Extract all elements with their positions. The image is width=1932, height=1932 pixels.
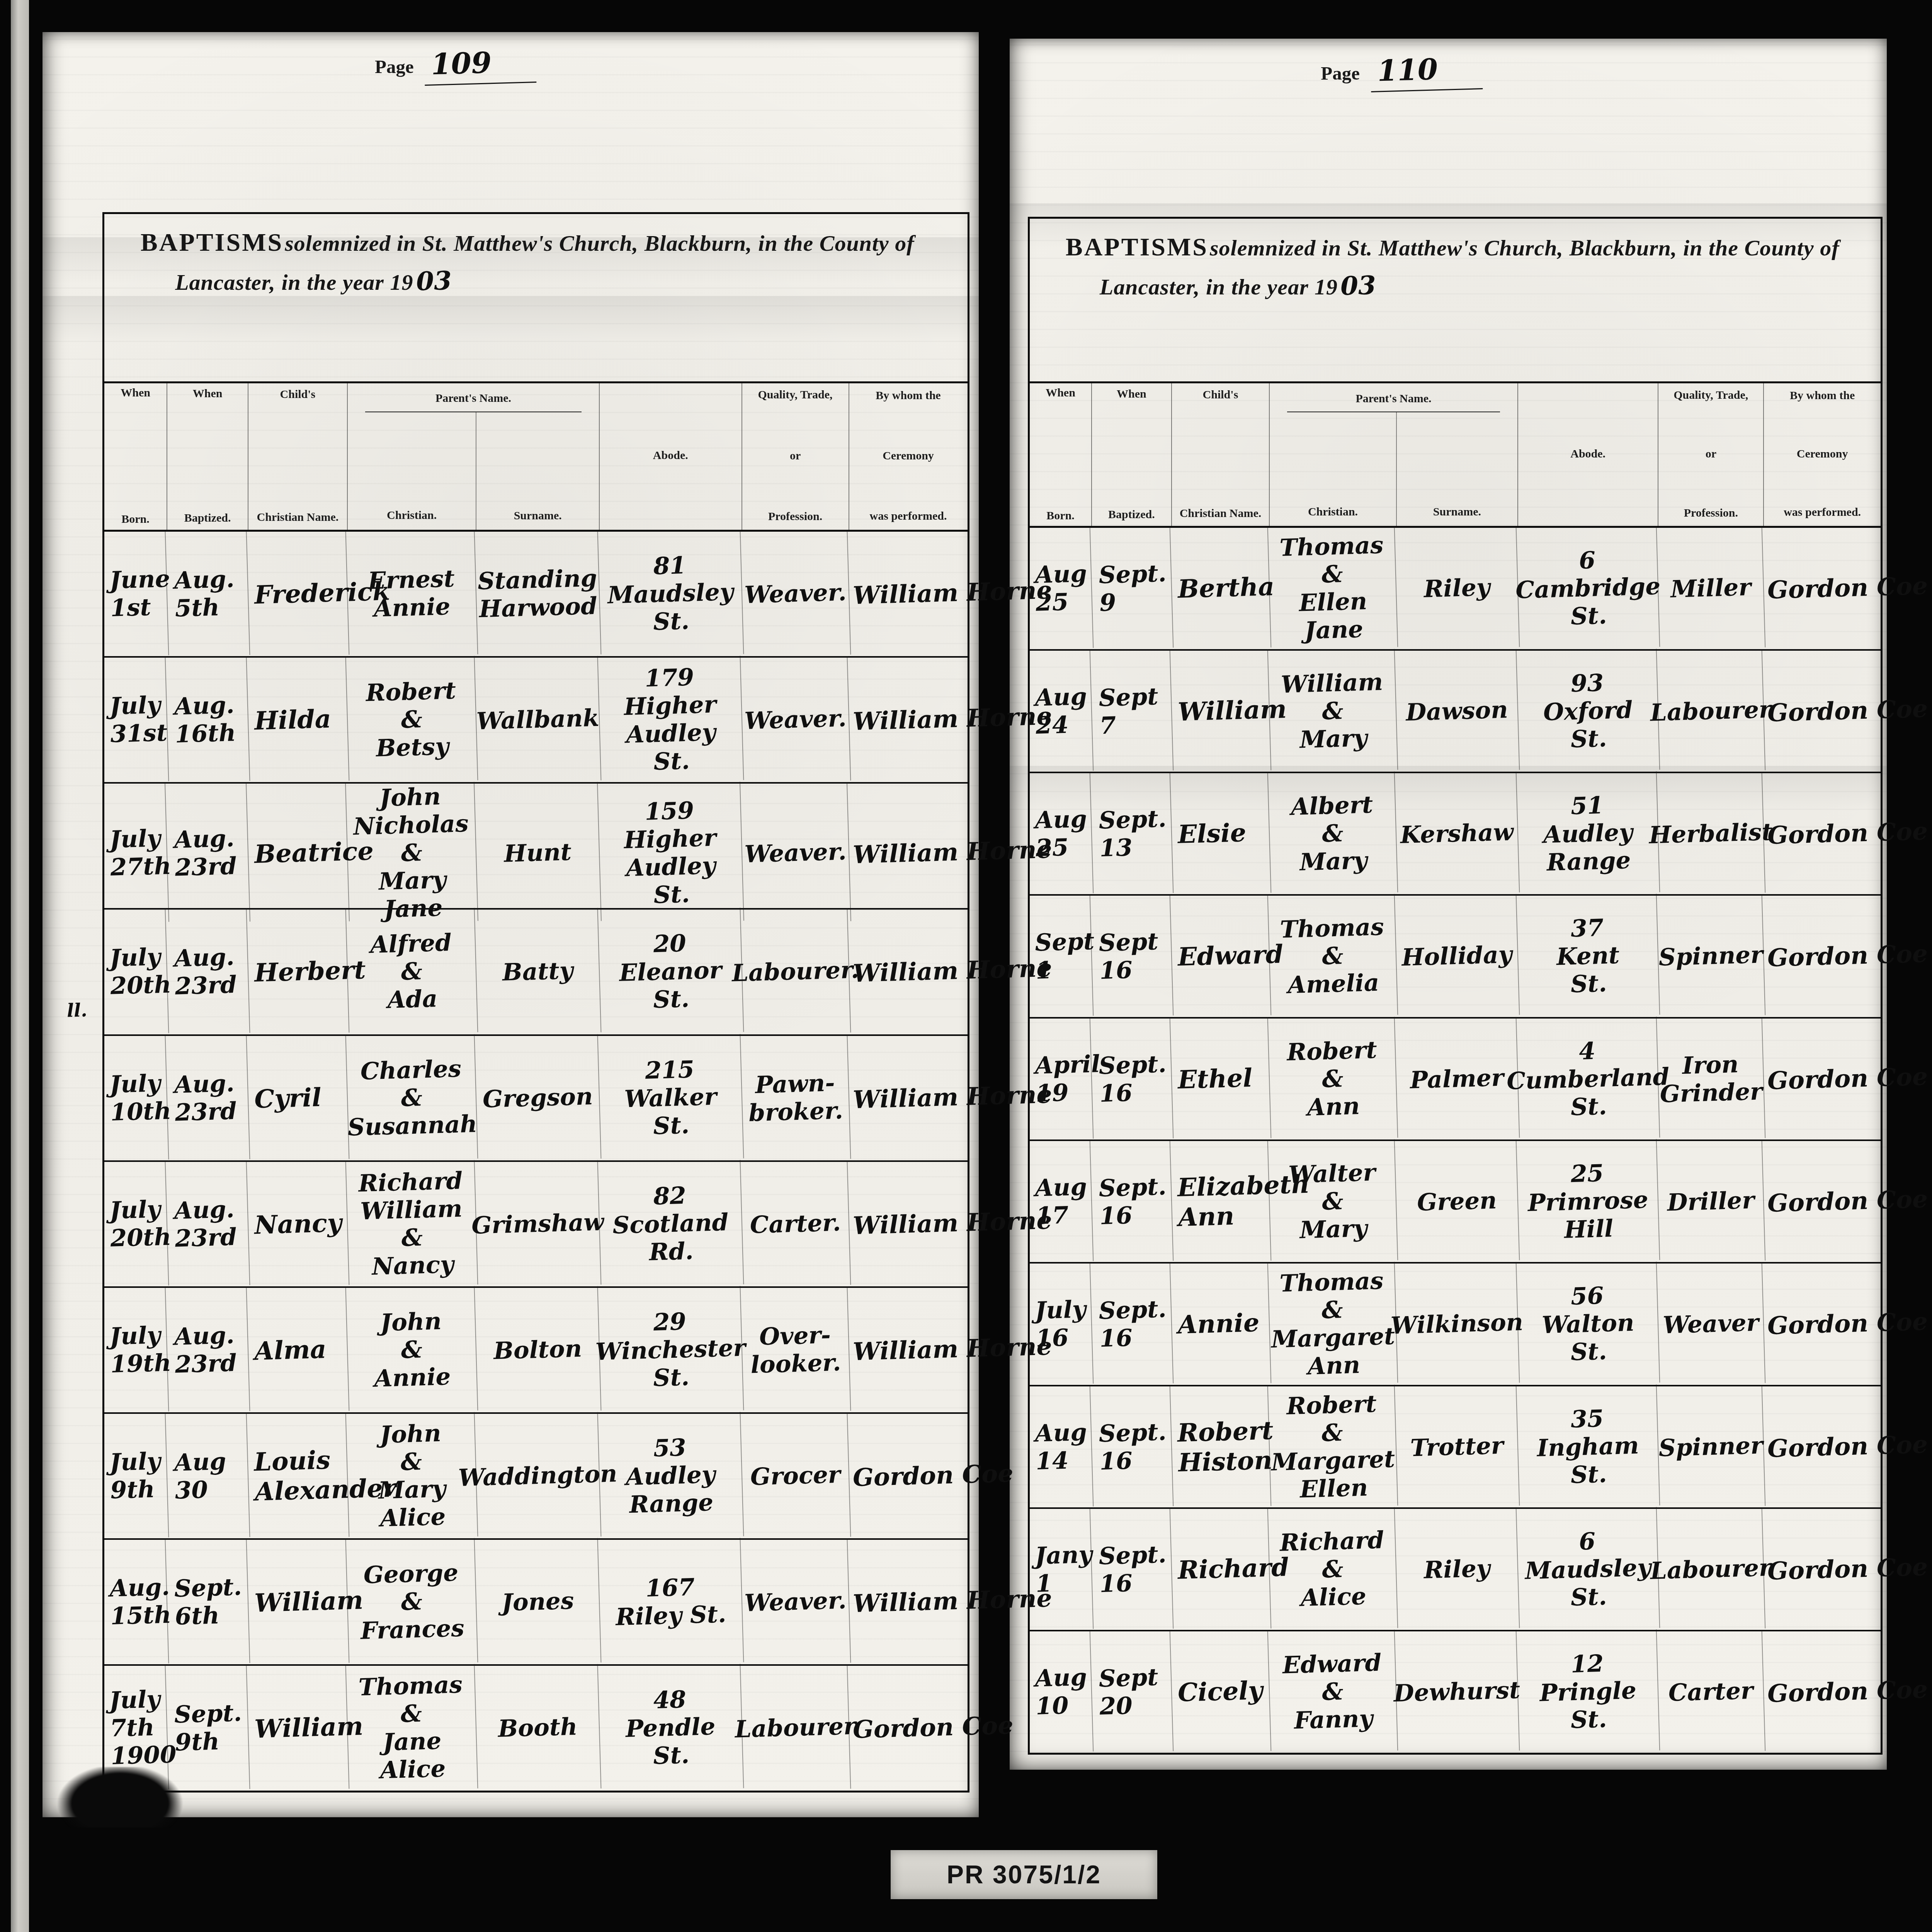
cell-child-name: Elsie bbox=[1170, 772, 1272, 896]
col-label: or bbox=[744, 449, 846, 463]
cell-when-born: Aug 10 bbox=[1028, 1631, 1094, 1753]
cell-parent-surname: Gregson bbox=[474, 1034, 601, 1162]
cell-profession: Weaver. bbox=[740, 656, 851, 784]
register-rows: Aug 25 Sept. 9 Bertha Thomas & Ellen Jan… bbox=[1030, 528, 1881, 1752]
cell-parent-surname: Jones bbox=[474, 1538, 601, 1666]
cell-child-name: Frederick bbox=[247, 530, 350, 657]
register-row: Aug 25 Sept. 9 Bertha Thomas & Ellen Jan… bbox=[1030, 528, 1881, 649]
cell-when-baptized: Sept. 16 bbox=[1090, 1263, 1174, 1386]
column-headers: When Born. When Baptized. Child's Christ… bbox=[104, 383, 968, 532]
cell-profession: Weaver. bbox=[740, 530, 851, 658]
cell-abode: 81 Maudsley St. bbox=[598, 530, 744, 658]
col-parent-surname: Surname. bbox=[1396, 412, 1517, 526]
cell-when-baptized: Aug. 23rd bbox=[166, 909, 250, 1036]
title-line2-text: Lancaster, in the year 19 bbox=[1100, 274, 1338, 299]
title-rest: solemnized in St. Matthew's Church, Blac… bbox=[1210, 235, 1839, 260]
col-label: Profession. bbox=[1661, 507, 1761, 520]
cell-abode: 6 Cambridge St. bbox=[1517, 526, 1660, 651]
cell-parent-surname: Wilkinson bbox=[1395, 1262, 1520, 1386]
scan-blot bbox=[56, 1767, 216, 1828]
cell-parent-surname: Grimshaw bbox=[474, 1160, 601, 1288]
col-label: Child's bbox=[250, 388, 345, 401]
cell-parent-christian: Richard & Alice bbox=[1268, 1507, 1398, 1632]
cell-parent-surname: Green bbox=[1395, 1139, 1520, 1264]
register-rows: June 1st Aug. 5th Frederick Ernest Annie… bbox=[104, 532, 968, 1791]
parents-name-label: Parent's Name. bbox=[348, 383, 599, 405]
col-label: was performed. bbox=[1766, 506, 1878, 519]
table-title: BAPTISMS solemnized in St. Matthew's Chu… bbox=[1030, 219, 1881, 383]
cell-abode: 20 Eleanor St. bbox=[598, 908, 744, 1036]
col-label: Born. bbox=[105, 513, 165, 526]
cell-parent-christian: John Nicholas & Mary Jane bbox=[346, 782, 478, 925]
page-number: 110 bbox=[1370, 51, 1483, 92]
column-headers: When Born. When Baptized. Child's Christ… bbox=[1030, 383, 1881, 528]
cell-minister: Gordon Coe bbox=[1762, 526, 1882, 651]
cell-profession: Pawn-broker. bbox=[740, 1034, 851, 1162]
cell-when-baptized: Sept 20 bbox=[1090, 1631, 1174, 1754]
cell-parent-christian: Thomas & Ellen Jane bbox=[1268, 526, 1398, 651]
cell-parent-surname: Dewhurst bbox=[1395, 1630, 1520, 1754]
cell-parent-christian: Richard William & Nancy bbox=[346, 1160, 478, 1288]
cell-profession: Labourer bbox=[1657, 1507, 1766, 1631]
cell-when-baptized: Sept 7 bbox=[1090, 650, 1174, 773]
cell-when-baptized: Sept. 16 bbox=[1090, 1385, 1174, 1509]
cell-when-born: Aug 17 bbox=[1028, 1140, 1094, 1263]
cell-child-name: William bbox=[1170, 649, 1272, 773]
cell-abode: 6 Maudsley St. bbox=[1517, 1507, 1660, 1632]
cell-child-name: William bbox=[247, 1665, 350, 1792]
cell-when-born: July 20th bbox=[103, 1161, 169, 1287]
col-label: When bbox=[169, 387, 246, 400]
cell-parent-surname: Hunt bbox=[474, 782, 602, 925]
col-childs-name: Child's Christian Name. bbox=[1172, 383, 1270, 526]
cell-profession: Labourer bbox=[740, 1665, 851, 1792]
register-row: July 31st Aug. 16th Hilda Robert & Betsy… bbox=[104, 656, 968, 782]
cell-abode: 12 Pringle St. bbox=[1517, 1629, 1660, 1754]
col-when-born: When Born. bbox=[104, 383, 167, 530]
cell-parent-christian: Ernest Annie bbox=[346, 530, 478, 658]
cell-when-baptized: Sept. 16 bbox=[1090, 1017, 1174, 1141]
parents-subcolumns: Christian. Surname. bbox=[1270, 412, 1517, 526]
cell-minister: William Horne bbox=[847, 1160, 969, 1288]
col-label: Abode. bbox=[1521, 447, 1655, 461]
cell-abode: 179 Higher Audley St. bbox=[598, 656, 744, 784]
col-bywhom: By whom the Ceremony was performed. bbox=[1764, 383, 1881, 526]
cell-when-baptized: Aug. 5th bbox=[166, 531, 250, 657]
cell-when-born: April 19 bbox=[1028, 1018, 1094, 1141]
cell-when-baptized: Aug. 16th bbox=[166, 656, 250, 783]
register-page-110: Page 110 BAPTISMS solemnized in St. Matt… bbox=[1010, 39, 1887, 1770]
cell-minister: Gordon Coe bbox=[1762, 1139, 1882, 1264]
cell-profession: Carter. bbox=[740, 1160, 851, 1288]
cell-when-baptized: Sept 16 bbox=[1090, 895, 1174, 1018]
cell-child-name: Cicely bbox=[1170, 1630, 1272, 1754]
parents-subcolumns: Christian. Surname. bbox=[348, 412, 599, 530]
col-label: Baptized. bbox=[1094, 508, 1170, 521]
cell-child-name: Herbert bbox=[247, 908, 350, 1036]
cell-child-name: Cyril bbox=[247, 1034, 350, 1162]
register-row: July 7th 1900 Sept. 9th William Thomas &… bbox=[104, 1664, 968, 1790]
col-parents-name: Parent's Name. Christian. Surname. bbox=[348, 383, 600, 530]
register-row: Aug 25 Sept. 13 Elsie Albert & Mary Kers… bbox=[1030, 772, 1881, 894]
cell-child-name: Hilda bbox=[247, 656, 350, 784]
col-when-baptized: When Baptized. bbox=[1092, 383, 1172, 526]
cell-when-born: June 1st bbox=[103, 531, 169, 657]
cell-when-born: July 27th bbox=[102, 783, 169, 923]
cell-profession: Labourer. bbox=[740, 908, 851, 1036]
cell-when-born: Aug 25 bbox=[1028, 772, 1094, 895]
col-label: Ceremony bbox=[1766, 447, 1878, 461]
col-label: When bbox=[1031, 386, 1090, 400]
cell-minister: William Horne bbox=[847, 1034, 969, 1162]
cell-parent-christian: Edward & Fanny bbox=[1268, 1630, 1398, 1754]
cell-when-baptized: Aug. 23rd bbox=[166, 1161, 250, 1287]
register-row: July 9th Aug 30 Louis Alexander John & M… bbox=[104, 1412, 968, 1538]
cell-minister: William Horne bbox=[847, 1538, 969, 1666]
title-word: BAPTISMS bbox=[1066, 233, 1208, 261]
cell-parent-christian: George & Frances bbox=[346, 1538, 478, 1666]
title-line-1: BAPTISMS solemnized in St. Matthew's Chu… bbox=[104, 214, 968, 257]
cell-minister: William Horne bbox=[847, 530, 969, 658]
cell-parent-christian: Walter & Mary bbox=[1268, 1139, 1398, 1264]
cell-profession: Labourer bbox=[1657, 649, 1766, 773]
cell-child-name: Elizabeth Ann bbox=[1170, 1140, 1272, 1264]
cell-when-baptized: Sept. 16 bbox=[1090, 1508, 1174, 1631]
cell-abode: 25 Primrose Hill bbox=[1517, 1139, 1660, 1264]
cell-parent-surname: Standing Harwood bbox=[474, 530, 601, 658]
col-parent-surname: Surname. bbox=[476, 412, 599, 530]
cell-profession: Spinner bbox=[1657, 1385, 1766, 1509]
register-row: Sept 1 Sept 16 Edward Thomas & Amelia Ho… bbox=[1030, 894, 1881, 1017]
cell-profession: Over-looker. bbox=[740, 1286, 851, 1414]
cell-parent-christian: Thomas & Margaret Ann bbox=[1268, 1262, 1398, 1386]
register-row: Aug. 15th Sept. 6th William George & Fra… bbox=[104, 1538, 968, 1664]
cell-minister: Gordon Coe bbox=[1762, 649, 1882, 774]
register-row: Aug 24 Sept 7 William William & Mary Daw… bbox=[1030, 649, 1881, 772]
cell-abode: 48 Pendle St. bbox=[598, 1664, 744, 1792]
cell-abode: 82 Scotland Rd. bbox=[598, 1160, 744, 1288]
cell-when-baptized: Sept. 13 bbox=[1090, 772, 1174, 895]
cell-when-born: July 9th bbox=[103, 1413, 169, 1539]
register-row: July 10th Aug. 23rd Cyril Charles & Susa… bbox=[104, 1034, 968, 1160]
cell-when-baptized: Aug 30 bbox=[166, 1413, 250, 1539]
title-word: BAPTISMS bbox=[141, 228, 283, 257]
cell-when-baptized: Aug. 23rd bbox=[166, 1287, 250, 1413]
page-label: Page bbox=[1321, 62, 1360, 84]
cell-when-baptized: Aug. 23rd bbox=[165, 782, 250, 924]
page-number: 109 bbox=[424, 44, 537, 86]
cell-abode: 93 Oxford St. bbox=[1517, 649, 1660, 774]
col-label: Quality, Trade, bbox=[744, 388, 846, 401]
col-when-born: When Born. bbox=[1030, 383, 1092, 526]
col-label: Quality, Trade, bbox=[1661, 389, 1761, 402]
cell-profession: Weaver. bbox=[740, 782, 851, 924]
col-label: Ceremony bbox=[852, 449, 965, 463]
cell-parent-christian: Alfred & Ada bbox=[346, 908, 478, 1036]
col-label: Baptized. bbox=[169, 512, 246, 525]
page-number-heading: Page 109 bbox=[375, 46, 536, 84]
cell-child-name: Edward bbox=[1170, 895, 1272, 1018]
cell-profession: Miller bbox=[1657, 527, 1766, 651]
margin-annotation: ll. bbox=[66, 999, 87, 1021]
cell-parent-surname: Riley bbox=[1395, 526, 1520, 651]
col-label: Christian Name. bbox=[250, 511, 345, 524]
cell-parent-surname: Booth bbox=[474, 1664, 601, 1792]
cell-when-born: July 20th bbox=[103, 909, 169, 1035]
cell-profession: Weaver. bbox=[740, 1538, 851, 1666]
col-parent-christian: Christian. bbox=[348, 412, 476, 530]
register-row: July 20th Aug. 23rd Herbert Alfred & Ada… bbox=[104, 908, 968, 1034]
cell-minister: Gordon Coe bbox=[1762, 772, 1882, 896]
col-quality: Quality, Trade, or Profession. bbox=[1658, 383, 1764, 526]
cell-parent-surname: Waddington bbox=[474, 1412, 601, 1540]
cell-minister: Gordon Coe bbox=[1762, 1507, 1882, 1632]
baptism-table-109: BAPTISMS solemnized in St. Matthew's Chu… bbox=[102, 212, 969, 1792]
cell-when-born: July 10th bbox=[103, 1035, 169, 1161]
title-line-2: Lancaster, in the year 1903 bbox=[104, 257, 968, 296]
cell-parent-surname: Holliday bbox=[1395, 894, 1520, 1019]
register-row: July 19th Aug. 23rd Alma John & Annie Bo… bbox=[104, 1286, 968, 1412]
register-row: July 27th Aug. 23rd Beatrice John Nichol… bbox=[104, 782, 968, 908]
col-childs-name: Child's Christian Name. bbox=[248, 383, 348, 530]
col-label: By whom the bbox=[852, 389, 965, 402]
title-line-1: BAPTISMS solemnized in St. Matthew's Chu… bbox=[1030, 219, 1881, 262]
scanned-register-spread: Page 109 ll. BAPTISMS solemnized in St. … bbox=[0, 0, 1932, 1932]
register-row: July 20th Aug. 23rd Nancy Richard Willia… bbox=[104, 1160, 968, 1286]
col-label: was performed. bbox=[852, 510, 965, 523]
cell-when-born: Aug 14 bbox=[1028, 1386, 1094, 1509]
col-quality: Quality, Trade, or Profession. bbox=[742, 383, 849, 530]
register-row: Aug 14 Sept. 16 Robert Histon Robert & M… bbox=[1030, 1385, 1881, 1507]
cell-when-baptized: Sept. 16 bbox=[1090, 1140, 1174, 1263]
table-title: BAPTISMS solemnized in St. Matthew's Chu… bbox=[104, 214, 968, 383]
col-label: Profession. bbox=[744, 510, 846, 523]
cell-parent-christian: Charles & Susannah bbox=[346, 1034, 478, 1162]
cell-parent-surname: Batty bbox=[474, 908, 601, 1036]
col-bywhom: By whom the Ceremony was performed. bbox=[849, 383, 968, 530]
col-abode: Abode. bbox=[600, 383, 742, 530]
title-line2-text: Lancaster, in the year 19 bbox=[175, 270, 413, 295]
cell-parent-surname: Riley bbox=[1395, 1507, 1520, 1632]
cell-minister: William Horne bbox=[847, 656, 969, 784]
col-label: Born. bbox=[1031, 509, 1090, 522]
cell-abode: 37 Kent St. bbox=[1517, 894, 1660, 1019]
scan-edge-strip bbox=[11, 0, 29, 1932]
cell-child-name: Beatrice bbox=[247, 782, 350, 924]
archive-reference-label: PR 3075/1/2 bbox=[891, 1850, 1157, 1900]
cell-abode: 35 Ingham St. bbox=[1517, 1384, 1660, 1509]
page-label: Page bbox=[375, 56, 414, 78]
cell-minister: William Horne bbox=[847, 1286, 969, 1414]
page-number-heading: Page 110 bbox=[1321, 53, 1482, 91]
col-label: By whom the bbox=[1766, 389, 1878, 402]
cell-when-baptized: Aug. 23rd bbox=[166, 1035, 250, 1162]
cell-abode: 159 Higher Audley St. bbox=[598, 782, 744, 925]
cell-parent-christian: Thomas & Jane Alice bbox=[346, 1664, 478, 1792]
cell-parent-surname: Kershaw bbox=[1395, 772, 1520, 896]
cell-profession: Spinner bbox=[1657, 895, 1766, 1019]
cell-parent-christian: William & Mary bbox=[1268, 649, 1398, 773]
cell-minister: Gordon Coe bbox=[1762, 1385, 1882, 1509]
cell-abode: 4 Cumberland St. bbox=[1517, 1017, 1660, 1141]
cell-abode: 167 Riley St. bbox=[598, 1538, 744, 1666]
col-label: When bbox=[105, 386, 165, 400]
register-row: June 1st Aug. 5th Frederick Ernest Annie… bbox=[104, 532, 968, 656]
cell-child-name: William bbox=[247, 1539, 350, 1666]
cell-profession: Carter bbox=[1657, 1630, 1766, 1754]
col-parents-name: Parent's Name. Christian. Surname. bbox=[1270, 383, 1518, 526]
cell-parent-christian: Thomas & Amelia bbox=[1268, 894, 1398, 1019]
col-label: Abode. bbox=[602, 449, 738, 462]
cell-when-born: July 19th bbox=[103, 1287, 169, 1413]
title-line-2: Lancaster, in the year 1903 bbox=[1030, 262, 1881, 301]
cell-profession: Grocer bbox=[740, 1412, 851, 1540]
cell-minister: William Horne bbox=[847, 908, 969, 1036]
col-label: Child's bbox=[1174, 388, 1267, 401]
cell-minister: Gordon Coe bbox=[1762, 1630, 1882, 1754]
cell-profession: Iron Grinder bbox=[1657, 1017, 1766, 1141]
cell-parent-christian: Robert & Betsy bbox=[346, 656, 478, 784]
cell-parent-surname: Palmer bbox=[1395, 1017, 1520, 1141]
cell-when-baptized: Sept. 6th bbox=[166, 1539, 250, 1665]
cell-child-name: Annie bbox=[1170, 1262, 1272, 1386]
cell-parent-christian: Robert & Margaret Ellen bbox=[1268, 1384, 1398, 1509]
register-row: Jany 1 Sept. 16 Richard Richard & Alice … bbox=[1030, 1507, 1881, 1630]
register-page-109: Page 109 ll. BAPTISMS solemnized in St. … bbox=[43, 32, 979, 1817]
cell-abode: 53 Audley Range bbox=[598, 1412, 744, 1540]
cell-minister: Gordon Coe bbox=[1762, 1262, 1882, 1386]
col-label: or bbox=[1661, 447, 1761, 461]
cell-child-name: Alma bbox=[247, 1286, 350, 1413]
col-parent-christian: Christian. bbox=[1270, 412, 1396, 526]
col-abode: Abode. bbox=[1518, 383, 1658, 526]
cell-profession: Driller bbox=[1657, 1139, 1766, 1264]
baptism-table-110: BAPTISMS solemnized in St. Matthew's Chu… bbox=[1028, 217, 1883, 1754]
title-year-handwritten: 03 bbox=[416, 265, 452, 297]
parents-name-label: Parent's Name. bbox=[1270, 383, 1517, 405]
cell-when-born: July 31st bbox=[103, 657, 169, 783]
col-label: Christian Name. bbox=[1174, 507, 1267, 520]
register-row: Aug 10 Sept 20 Cicely Edward & Fanny Dew… bbox=[1030, 1630, 1881, 1752]
cell-when-born: Aug. 15th bbox=[103, 1539, 169, 1665]
title-year-handwritten: 03 bbox=[1340, 270, 1376, 301]
cell-parent-christian: Albert & Mary bbox=[1268, 771, 1398, 896]
cell-child-name: Ethel bbox=[1170, 1017, 1272, 1141]
cell-when-baptized: Sept. 9 bbox=[1090, 527, 1174, 650]
cell-parent-surname: Trotter bbox=[1395, 1384, 1520, 1509]
cell-profession: Weaver bbox=[1657, 1262, 1766, 1386]
register-row: April 19 Sept. 16 Ethel Robert & Ann Pal… bbox=[1030, 1017, 1881, 1139]
cell-abode: 56 Walton St. bbox=[1517, 1262, 1660, 1386]
col-when-baptized: When Baptized. bbox=[167, 383, 248, 530]
cell-minister: Gordon Coe bbox=[1762, 1017, 1882, 1141]
register-row: July 16 Sept. 16 Annie Thomas & Margaret… bbox=[1030, 1262, 1881, 1384]
cell-child-name: Bertha bbox=[1170, 527, 1272, 650]
cell-parent-surname: Wallbank bbox=[474, 656, 601, 784]
col-label: When bbox=[1094, 388, 1170, 401]
title-rest: solemnized in St. Matthew's Church, Blac… bbox=[285, 231, 914, 256]
cell-abode: 51 Audley Range bbox=[1517, 771, 1660, 896]
cell-parent-christian: John & Annie bbox=[346, 1286, 478, 1414]
cell-child-name: Louis Alexander bbox=[247, 1413, 350, 1540]
cell-minister: William Horne bbox=[847, 782, 969, 924]
cell-child-name: Richard bbox=[1170, 1508, 1272, 1631]
cell-abode: 29 Winchester St. bbox=[598, 1286, 744, 1414]
cell-when-born: July 16 bbox=[1028, 1263, 1094, 1386]
cell-parent-surname: Dawson bbox=[1395, 649, 1520, 773]
cell-minister: Gordon Coe bbox=[847, 1412, 969, 1540]
cell-child-name: Robert Histon bbox=[1170, 1385, 1272, 1509]
cell-child-name: Nancy bbox=[247, 1160, 350, 1287]
cell-minister: Gordon Coe bbox=[1762, 894, 1882, 1019]
register-row: Aug 17 Sept. 16 Elizabeth Ann Walter & M… bbox=[1030, 1139, 1881, 1262]
cell-abode: 215 Walker St. bbox=[598, 1034, 744, 1162]
cell-minister: Gordon Coe bbox=[847, 1664, 969, 1792]
cell-parent-surname: Bolton bbox=[474, 1286, 601, 1414]
cell-profession: Herbalist bbox=[1657, 772, 1766, 896]
cell-parent-christian: Robert & Ann bbox=[1268, 1017, 1398, 1141]
